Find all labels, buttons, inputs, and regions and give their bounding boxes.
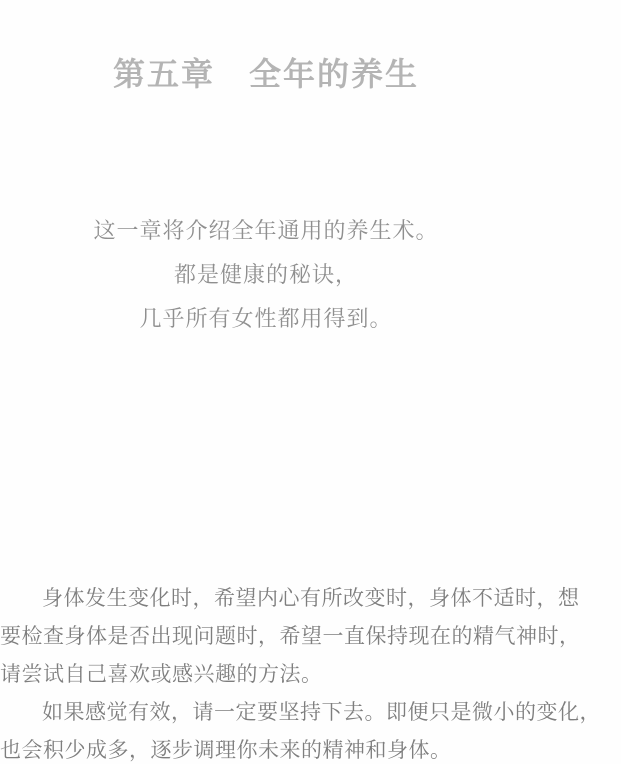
intro-line-3: 几乎所有女性都用得到。	[0, 297, 532, 341]
paragraph-1: 身体发生变化时，希望内心有所改变时，身体不适时，想 要检查身体是否出现问题时，希…	[0, 579, 570, 693]
paragraph-1-line-2: 要检查身体是否出现问题时，希望一直保持现在的精气神时，	[0, 617, 570, 655]
book-page: 第五章 全年的养生 这一章将介绍全年通用的养生术。 都是健康的秘诀， 几乎所有女…	[0, 0, 621, 764]
paragraph-2: 如果感觉有效，请一定要坚持下去。即便只是微小的变化， 也会积少成多，逐步调理你未…	[0, 693, 570, 764]
chapter-intro: 这一章将介绍全年通用的养生术。 都是健康的秘诀， 几乎所有女性都用得到。	[0, 209, 532, 341]
body-text: 身体发生变化时，希望内心有所改变时，身体不适时，想 要检查身体是否出现问题时，希…	[0, 579, 570, 764]
intro-line-1: 这一章将介绍全年通用的养生术。	[0, 209, 532, 253]
paragraph-2-line-2: 也会积少成多，逐步调理你未来的精神和身体。	[0, 731, 570, 764]
paragraph-1-line-1: 身体发生变化时，希望内心有所改变时，身体不适时，想	[0, 579, 570, 617]
paragraph-2-line-1: 如果感觉有效，请一定要坚持下去。即便只是微小的变化，	[0, 693, 570, 731]
paragraph-1-line-3: 请尝试自己喜欢或感兴趣的方法。	[0, 655, 570, 693]
intro-line-2: 都是健康的秘诀，	[0, 253, 532, 297]
chapter-title: 第五章 全年的养生	[0, 49, 532, 95]
